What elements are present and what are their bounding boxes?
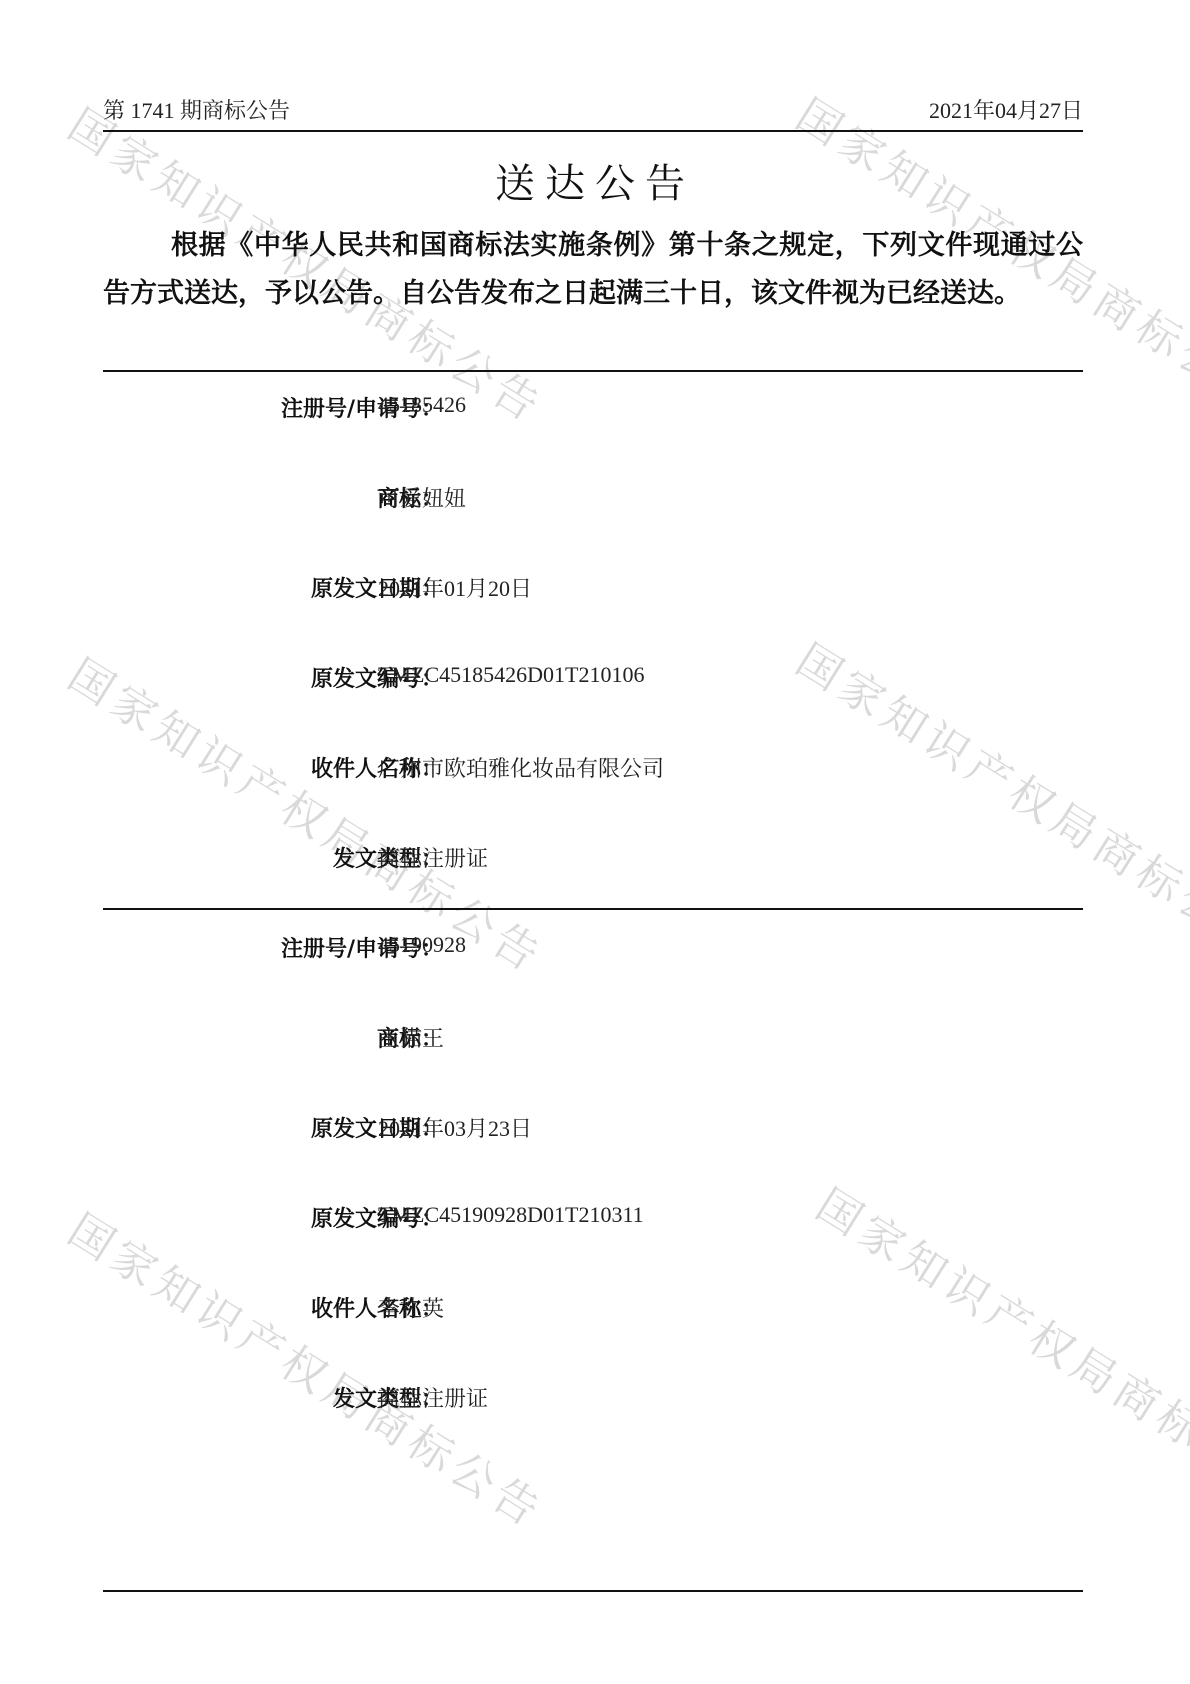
- doc-type-value: 商标注册证: [378, 1382, 488, 1413]
- recipient-value: 广州市欧珀雅化妆品有限公司: [378, 752, 664, 783]
- divider: [103, 908, 1083, 910]
- field-reg-no: 注册号/申请号： 45185426: [103, 392, 1083, 432]
- issue-number: 第 1741 期商标公告: [103, 94, 290, 125]
- orig-date-value: 2021年01月20日: [378, 572, 532, 603]
- field-orig-date: 原发文日期： 2021年01月20日: [103, 572, 1083, 612]
- field-reg-no: 注册号/申请号： 45190928: [103, 932, 1083, 972]
- page-header: 第 1741 期商标公告 2021年04月27日: [103, 92, 1083, 132]
- reg-no-value: 45185426: [378, 392, 466, 418]
- divider: [103, 370, 1083, 372]
- reg-no-value: 45190928: [378, 932, 466, 958]
- orig-date-value: 2021年03月23日: [378, 1112, 532, 1143]
- page-title: 送达公告: [0, 152, 1190, 209]
- field-orig-no: 原发文编号： TMZC45190928D01T210311: [103, 1202, 1083, 1242]
- field-orig-no: 原发文编号： TMZC45185426D01T210106: [103, 662, 1083, 702]
- doc-type-value: 商标注册证: [378, 842, 488, 873]
- trademark-value: 可爱妞妞: [378, 482, 466, 513]
- trademark-value: 玉猫王: [378, 1022, 444, 1053]
- intro-paragraph: 根据《中华人民共和国商标法实施条例》第十条之规定，下列文件现通过公告方式送达，予…: [103, 222, 1083, 318]
- field-doc-type: 发文类型： 商标注册证: [103, 1382, 1083, 1422]
- field-trademark: 商标： 可爱妞妞: [103, 482, 1083, 522]
- orig-no-value: TMZC45190928D01T210311: [378, 1202, 644, 1228]
- field-recipient: 收件人名称： 李礼英: [103, 1292, 1083, 1332]
- orig-no-value: TMZC45185426D01T210106: [378, 662, 644, 688]
- field-recipient: 收件人名称： 广州市欧珀雅化妆品有限公司: [103, 752, 1083, 792]
- field-trademark: 商标： 玉猫王: [103, 1022, 1083, 1062]
- field-doc-type: 发文类型： 商标注册证: [103, 842, 1083, 882]
- footer-divider: [103, 1590, 1083, 1592]
- field-orig-date: 原发文日期： 2021年03月23日: [103, 1112, 1083, 1152]
- watermark: 国家知识产权局商标公告: [58, 1195, 558, 1541]
- recipient-value: 李礼英: [378, 1292, 444, 1323]
- publication-date: 2021年04月27日: [929, 94, 1083, 125]
